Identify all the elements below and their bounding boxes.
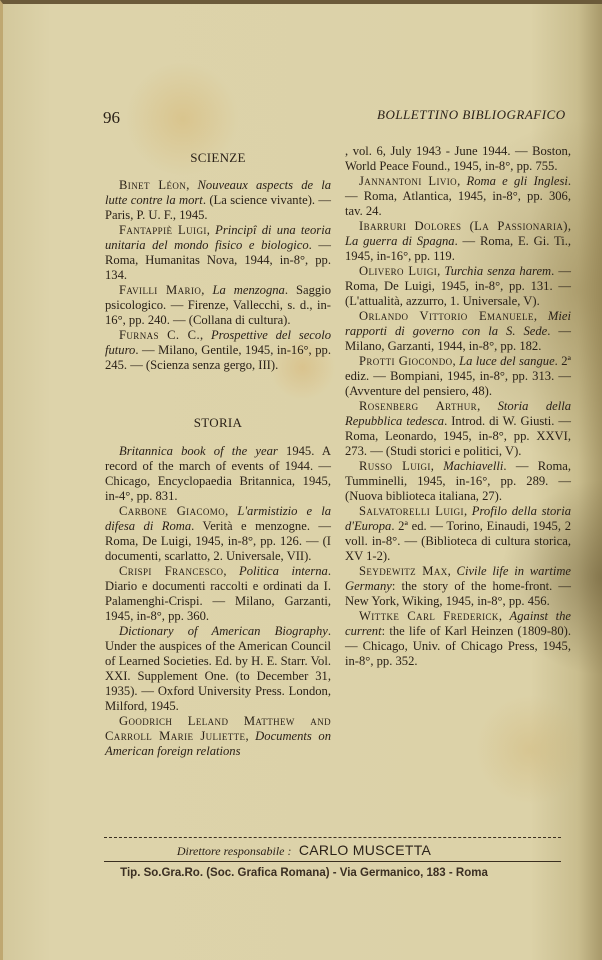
bib-entry: Favilli Mario, La menzogna. Saggio psico… bbox=[105, 283, 331, 328]
bib-entry-continued: , vol. 6, July 1943 - June 1944. — Bosto… bbox=[345, 144, 571, 174]
bib-entry: Ibarruri Dolores (La Passionaria), La gu… bbox=[345, 219, 571, 264]
bib-entry: Jannantoni Livio, Roma e gli Inglesi. — … bbox=[345, 174, 571, 219]
bib-entry: Wittke Carl Frederick, Against the curre… bbox=[345, 609, 571, 669]
bib-entry: Binet Léon, Nouveaux aspects de la lutte… bbox=[105, 178, 331, 223]
page-number: 96 bbox=[103, 108, 120, 128]
footer-rule-top bbox=[104, 837, 561, 838]
section-title-storia: STORIA bbox=[105, 415, 331, 430]
bib-entry: Russo Luigi, Machiavelli. — Roma, Tummin… bbox=[345, 459, 571, 504]
bib-entry: Dictionary of American Biography. Under … bbox=[105, 624, 331, 714]
document-page: 96 BOLLETTINO BIBLIOGRAFICO SCIENZE Bine… bbox=[0, 0, 602, 960]
printer-imprint: Tip. So.Gra.Ro. (Soc. Grafica Romana) - … bbox=[3, 867, 602, 879]
bib-entry: Britannica book of the year 1945. A reco… bbox=[105, 444, 331, 504]
director-line: Direttore responsabile : CARLO MUSCETTA bbox=[3, 842, 602, 859]
bib-entry: Fantappiè Luigi, Principî di una teoria … bbox=[105, 223, 331, 283]
bib-entry: Protti Giocondo, La luce del sangue. 2ª … bbox=[345, 354, 571, 399]
bib-entry: Goodrich Leland Matthew and Carroll Mari… bbox=[105, 714, 331, 759]
bib-entry: Orlando Vittorio Emanuele, Miei rapporti… bbox=[345, 309, 571, 354]
bib-entry: Rosenberg Arthur, Storia della Repubblic… bbox=[345, 399, 571, 459]
bib-entry: Furnas C. C., Prospettive del secolo fut… bbox=[105, 328, 331, 373]
footer-rule-bottom bbox=[104, 861, 561, 862]
bib-entry: Salvatorelli Luigi, Profilo della storia… bbox=[345, 504, 571, 564]
director-label: Direttore responsabile : bbox=[177, 844, 292, 858]
bib-entry: Crispi Francesco, Politica interna. Diar… bbox=[105, 564, 331, 624]
left-column: SCIENZE Binet Léon, Nouveaux aspects de … bbox=[105, 144, 331, 759]
bib-entry: Seydewitz Max, Civile life in wartime Ge… bbox=[345, 564, 571, 609]
running-head: BOLLETTINO BIBLIOGRAFICO bbox=[377, 107, 566, 123]
bib-entry: Olivero Luigi, Turchia senza harem. — Ro… bbox=[345, 264, 571, 309]
right-column: , vol. 6, July 1943 - June 1944. — Bosto… bbox=[345, 144, 571, 669]
bib-entry: Carbone Giacomo, L'armistizio e la difes… bbox=[105, 504, 331, 564]
section-title-scienze: SCIENZE bbox=[105, 150, 331, 165]
director-name: CARLO MUSCETTA bbox=[299, 842, 431, 858]
